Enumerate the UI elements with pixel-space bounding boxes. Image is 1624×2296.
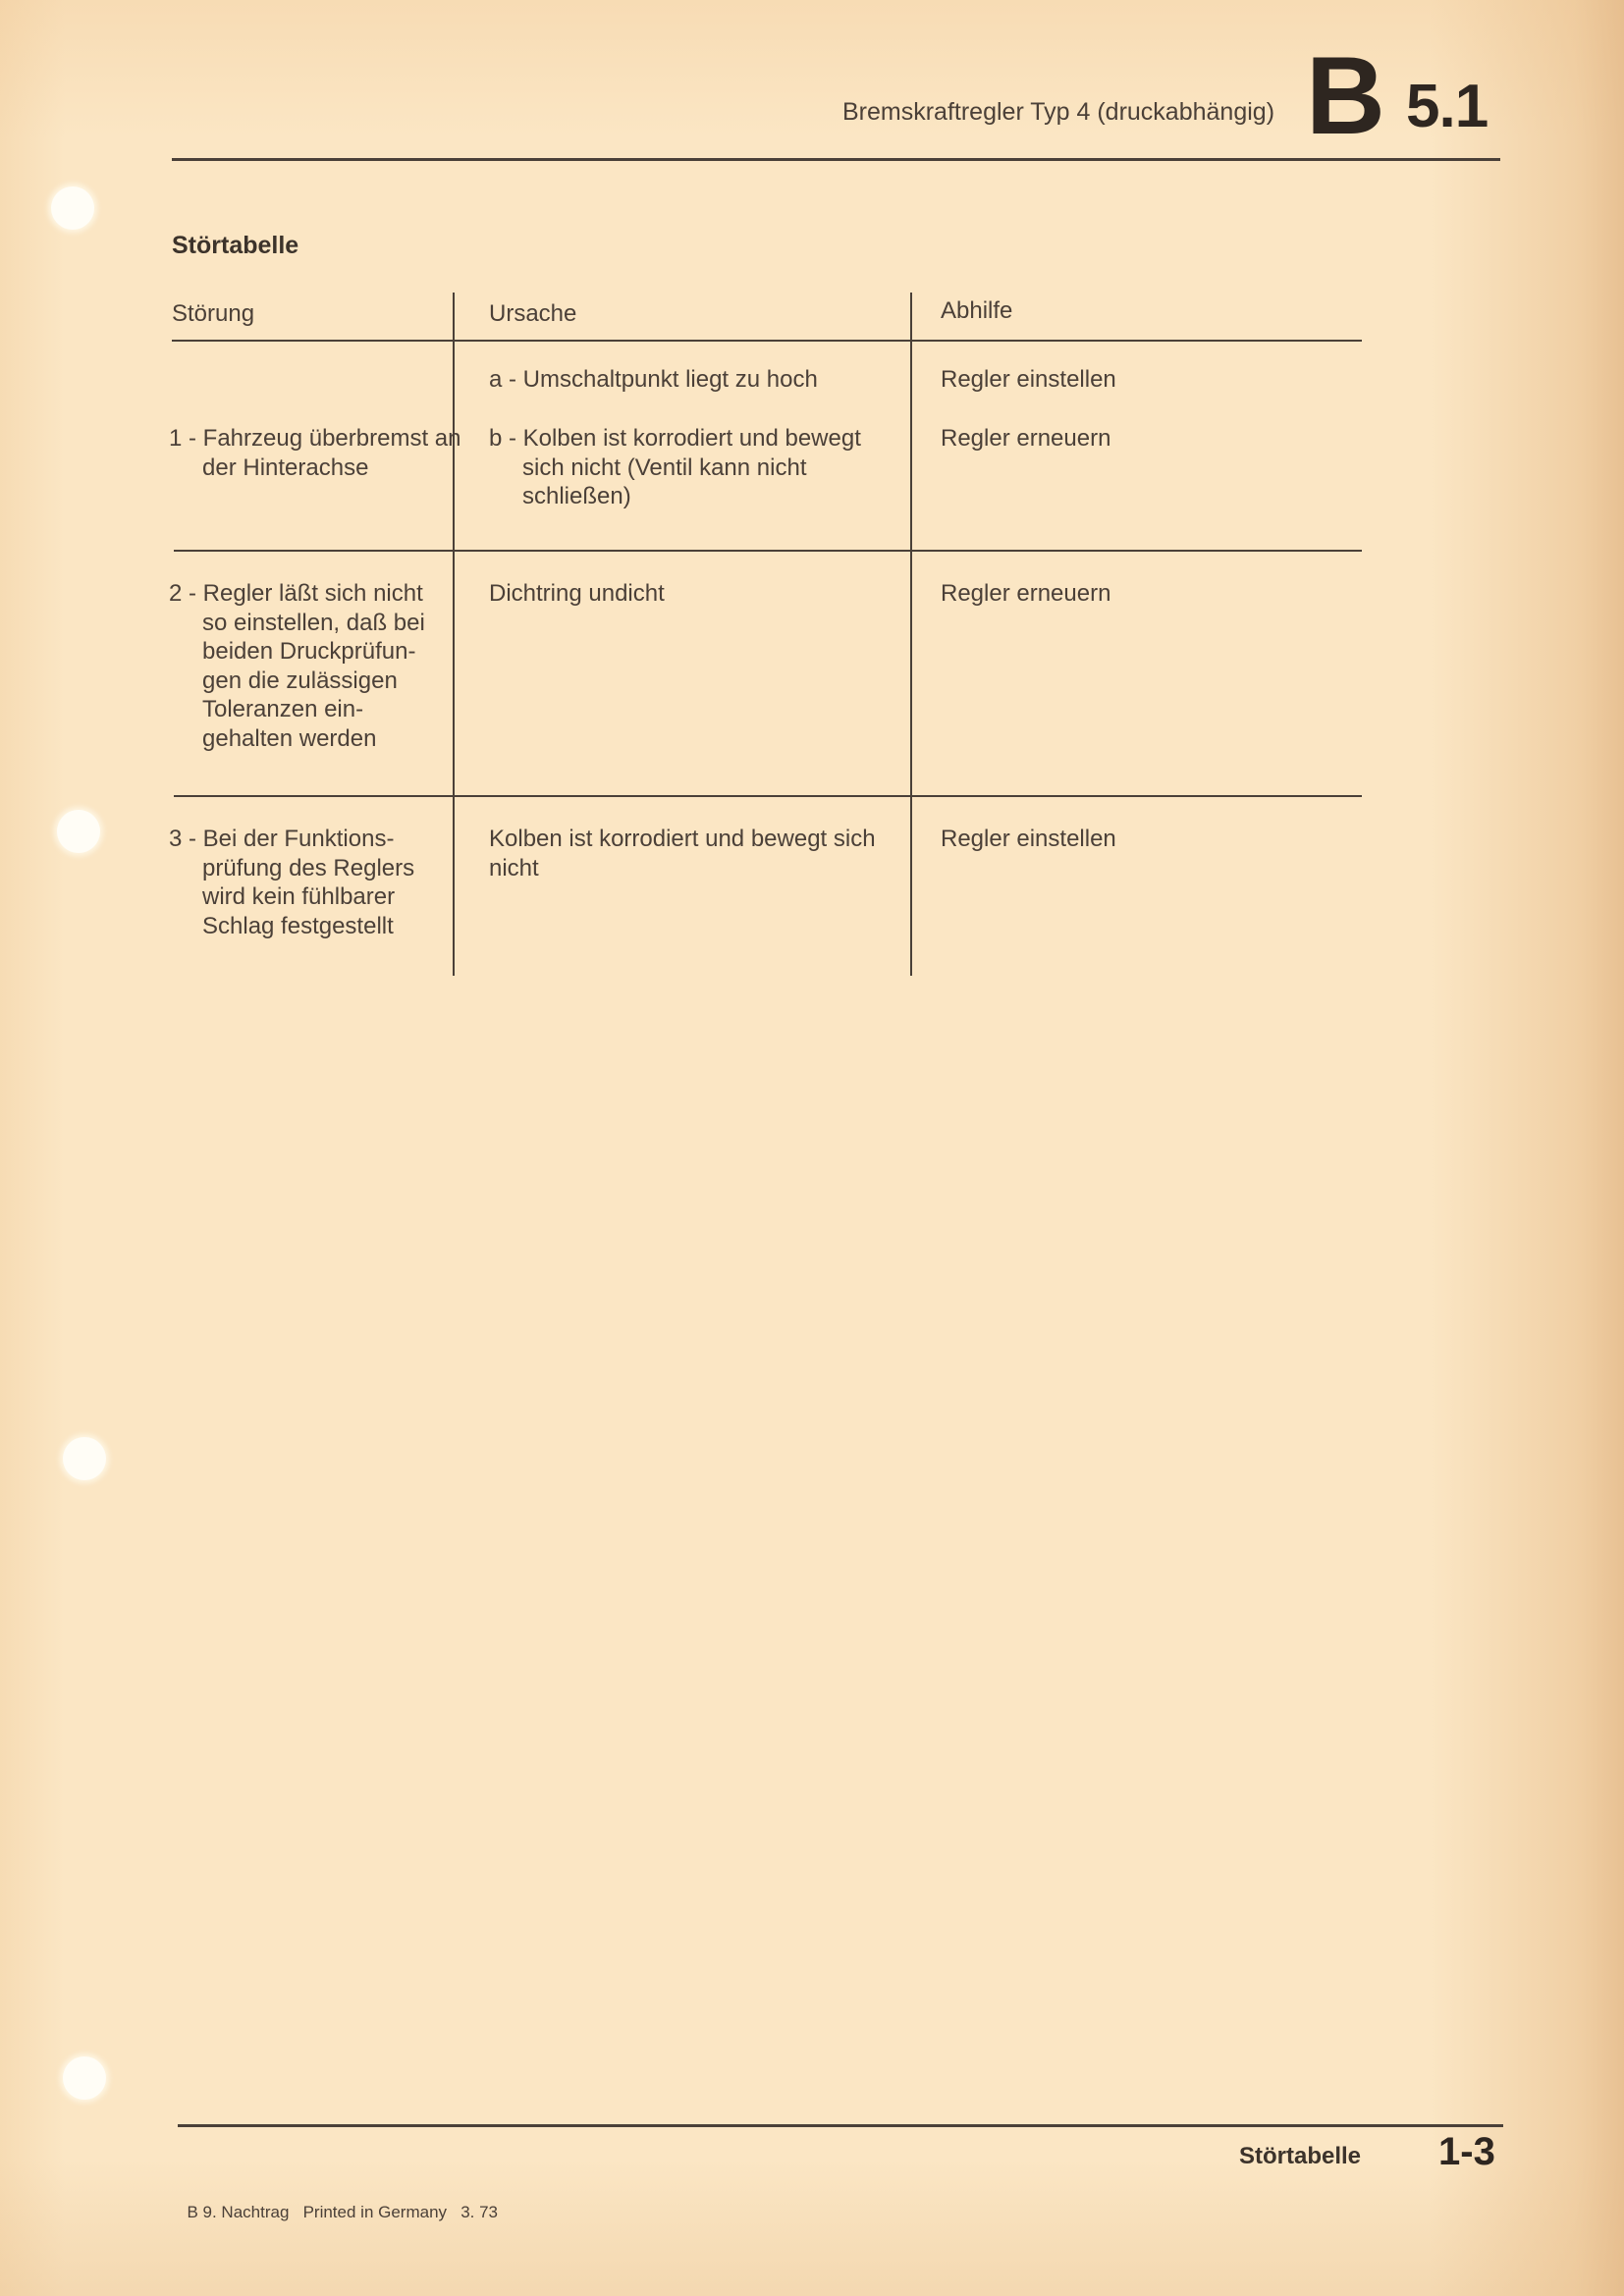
stoerung-line: gehalten werden [169,724,454,754]
stoerung-cell: 1 - Fahrzeug überbremst an der Hinterach… [169,424,479,482]
stoerung-line: so einstellen, daß bei [169,609,454,638]
print-date: 3. 73 [460,2203,498,2221]
column-header-stoerung: Störung [172,300,254,328]
footer-section-title: Störtabelle [1239,2143,1361,2170]
punch-hole [63,1437,106,1480]
abhilfe-cell: Regler einstellen [941,825,1116,854]
column-header-ursache: Ursache [489,300,576,328]
abhilfe-cell: Regler erneuern [941,424,1110,454]
ursache-cell: Dichtring undicht [489,579,665,609]
edition: B 9. Nachtrag [187,2203,289,2221]
table-row: 3 - Bei der Funktions- prüfung des Regle… [169,825,454,940]
section-number: 5.1 [1406,77,1488,137]
abhilfe-cell: Regler einstellen [941,365,1116,395]
header-rule [172,158,1500,161]
punch-hole [63,2056,106,2100]
abhilfe-cell: Regler erneuern [941,579,1110,609]
stoerung-line: 3 - Bei der Funktions- [169,825,454,854]
footer-imprint: B 9. Nachtrag Printed in Germany 3. 73 [178,2183,498,2222]
printed-note: Printed in Germany [303,2203,447,2221]
document-title: Bremskraftregler Typ 4 (druckabhängig) [842,98,1274,127]
stoerung-line: Toleranzen ein- [169,695,454,724]
stoerung-line: prüfung des Reglers [169,854,454,883]
punch-hole [57,810,100,853]
stoerung-line: Schlag festgestellt [169,912,454,941]
ursache-cell: Kolben ist korrodiert und bewegt sich ni… [489,825,882,882]
section-title: Störtabelle [172,232,298,260]
table-header-rule [172,340,1362,342]
footer-rule [178,2124,1503,2127]
ursache-cell: a - Umschaltpunkt liegt zu hoch [489,365,882,395]
row-divider [174,795,1362,797]
stoerung-line: gen die zulässigen [169,667,454,696]
ursache-cell: b - Kolben ist korrodiert und bewegt sic… [489,424,901,511]
stoerung-line: beiden Druckprüfun- [169,637,454,667]
punch-hole [51,187,94,230]
row-divider [174,550,1362,552]
table-row: 1 - Fahrzeug überbremst an der Hinterach… [169,424,454,482]
group-letter: B [1306,41,1383,151]
stoerung-line: wird kein fühlbarer [169,882,454,912]
column-divider [910,293,912,976]
page-number: 1-3 [1438,2130,1495,2174]
column-header-abhilfe: Abhilfe [941,297,1012,325]
ursache-text: b - Kolben ist korrodiert und bewegt sic… [489,424,901,511]
table-row: 2 - Regler läßt sich nicht so einstellen… [169,579,454,753]
stoerung-line: 2 - Regler läßt sich nicht [169,579,454,609]
